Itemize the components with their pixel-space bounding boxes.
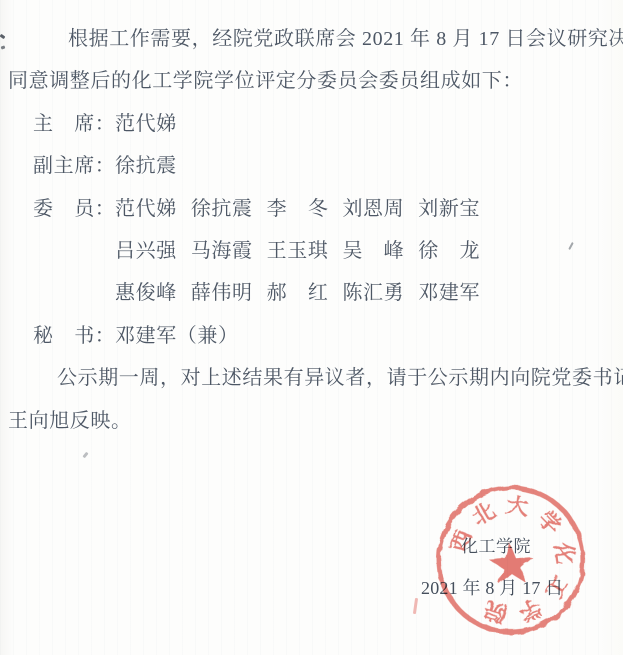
scan-speck (1, 45, 6, 49)
role-members-row-3: 惠俊峰薛伟明郝 红陈汇勇邓建军 (8, 272, 617, 314)
role-chair: 主 席：范代娣 (8, 103, 617, 145)
member-name: 惠俊峰 (115, 282, 177, 304)
document-body: 根据工作需要，经院党政联席会 2021 年 8 月 17 日会议研究决定， 同意… (8, 18, 617, 442)
member-name: 陈汇勇 (342, 282, 404, 304)
role-members-row-2: 吕兴强马海霞王玉琪吴 峰徐 龙 (8, 230, 617, 272)
member-name: 吴 峰 (342, 240, 404, 262)
member-name: 徐 龙 (418, 240, 480, 262)
scan-speck (82, 452, 88, 459)
secretary-label: 秘 书： (33, 315, 115, 357)
scanned-document-page: 根据工作需要，经院党政联席会 2021 年 8 月 17 日会议研究决定， 同意… (0, 0, 623, 655)
closing-line-1: 公示期一周，对上述结果有异议者，请于公示期内向院党委书记 (8, 357, 617, 399)
member-name: 刘恩周 (342, 198, 404, 220)
seal-smudge (413, 598, 418, 614)
member-name: 吕兴强 (115, 240, 177, 262)
chair-name: 范代娣 (115, 113, 177, 135)
intro-line-1: 根据工作需要，经院党政联席会 2021 年 8 月 17 日会议研究决定， (8, 18, 617, 60)
seal-ring-char: 大 (505, 493, 530, 520)
member-name: 郝 红 (267, 282, 329, 304)
member-name: 李 冬 (267, 198, 329, 220)
members-label: 委 员： (33, 188, 115, 230)
secretary-name: 邓建军（兼） (115, 325, 239, 347)
seal-ring-char: 学 (516, 595, 546, 626)
member-names-row-1: 范代娣徐抗震李 冬刘恩周刘新宝 (115, 198, 480, 220)
official-seal: 西北大学化工学院 ★ (421, 470, 600, 649)
member-name: 薛伟明 (191, 282, 253, 304)
scan-speck (0, 34, 5, 39)
intro-line-2: 同意调整后的化工学院学位评定分委员会委员组成如下： (8, 60, 617, 102)
member-name: 邓建军 (418, 282, 480, 304)
star-icon: ★ (484, 531, 539, 599)
member-name: 刘新宝 (418, 198, 480, 220)
seal-ring-char: 西 (445, 526, 476, 556)
member-name: 徐抗震 (191, 198, 253, 220)
member-names-row-2: 吕兴强马海霞王玉琪吴 峰徐 龙 (115, 240, 480, 262)
member-name: 范代娣 (115, 198, 177, 220)
seal-ring-char: 化 (551, 540, 579, 566)
chair-label: 主 席： (33, 103, 115, 145)
seal-group: 西北大学化工学院 ★ (434, 483, 588, 637)
role-secretary: 秘 书：邓建军（兼） (8, 315, 617, 357)
member-name: 马海霞 (191, 240, 253, 262)
vice-chair-name: 徐抗震 (115, 155, 177, 177)
vice-chair-label: 副主席： (33, 145, 115, 187)
role-vice-chair: 副主席：徐抗震 (8, 145, 617, 187)
member-name: 王玉琪 (267, 240, 329, 262)
closing-line-2: 王向旭反映。 (8, 400, 617, 442)
member-names-row-3: 惠俊峰薛伟明郝 红陈汇勇邓建军 (115, 282, 480, 304)
role-members-row-1: 委 员：范代娣徐抗震李 冬刘恩周刘新宝 (8, 188, 617, 230)
seal-ring-char: 院 (481, 596, 509, 626)
